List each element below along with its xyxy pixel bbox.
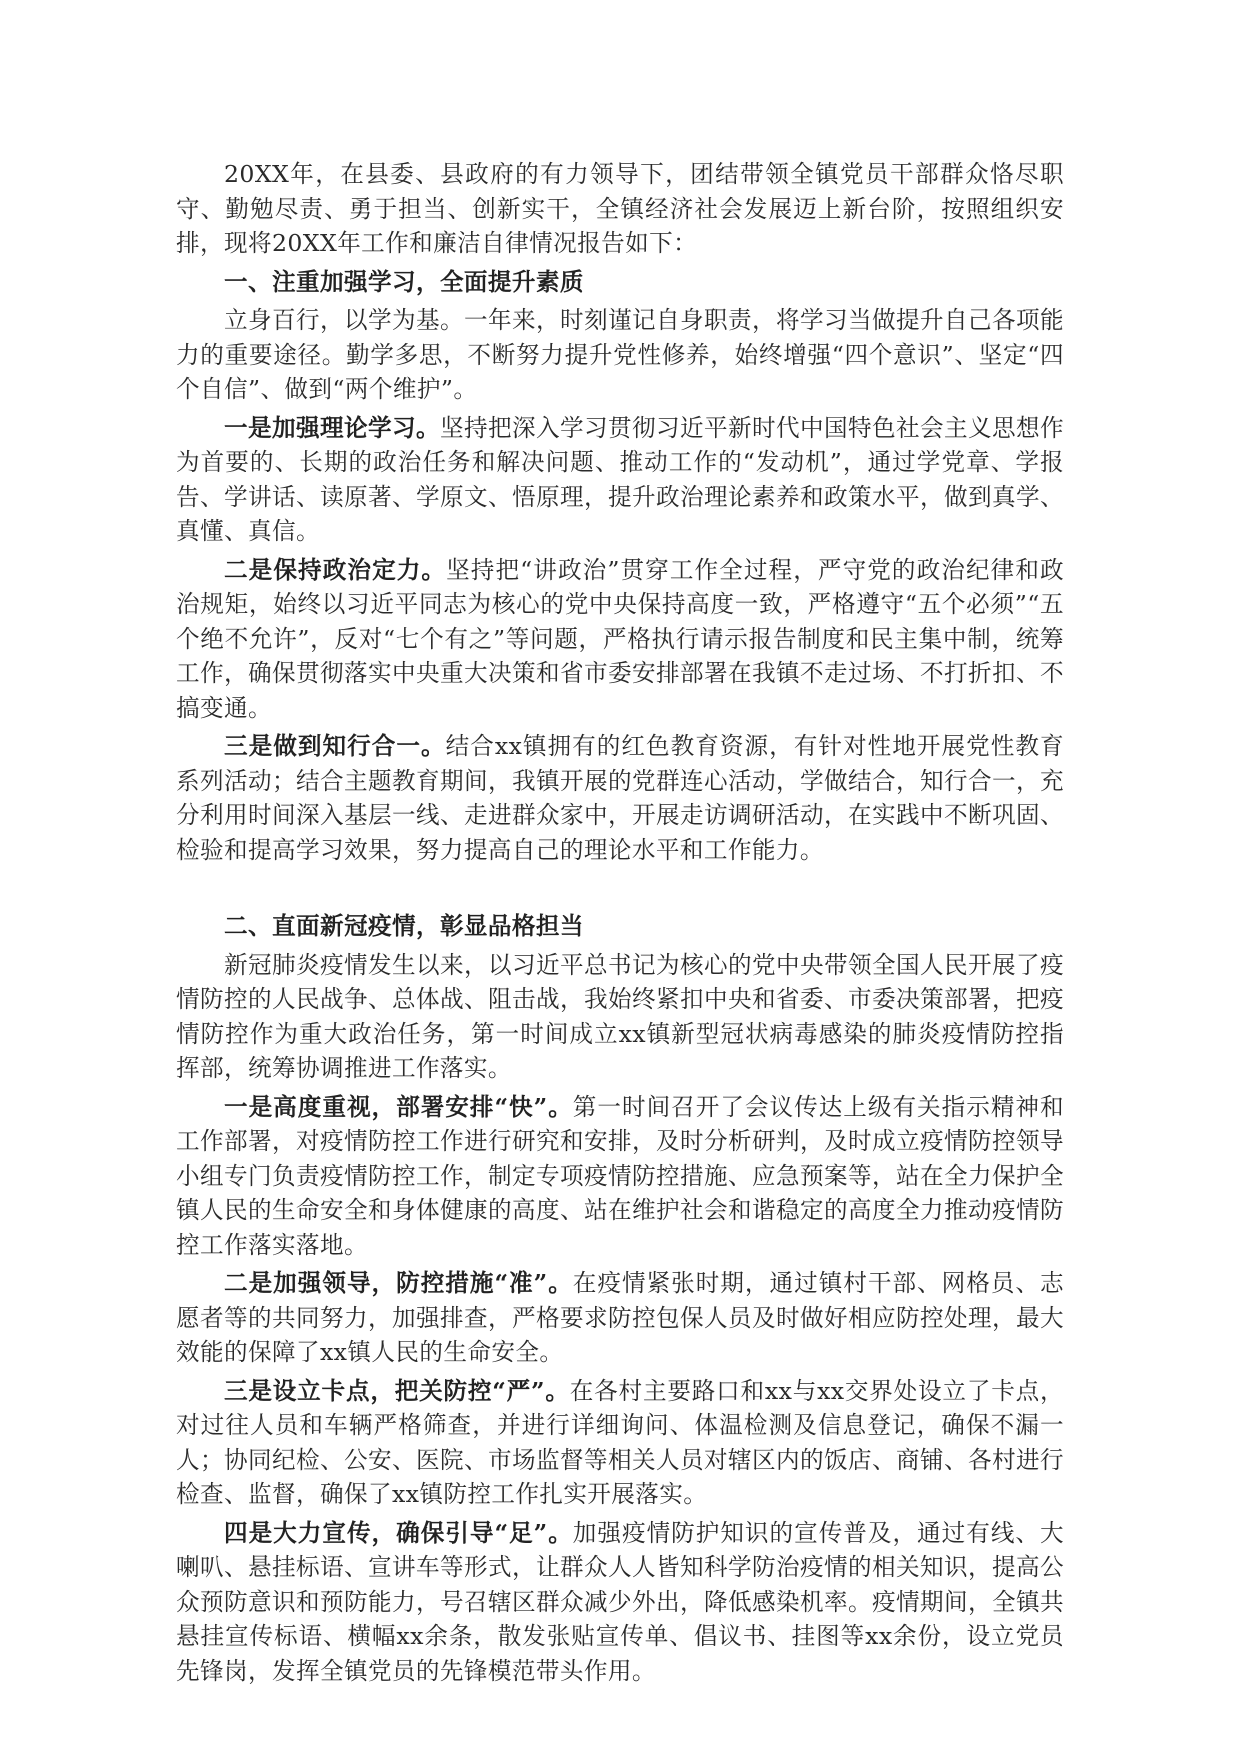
item-title: 四是大力宣传，确保引导“足”。 (224, 1519, 573, 1547)
item-title: 一是加强理论学习。 (224, 414, 440, 442)
item-title: 三是设立卡点，把关防控“严”。 (224, 1377, 570, 1405)
section-1-item-2: 二是保持政治定力。坚持把“讲政治”贯穿工作全过程，严守党的政治纪律和政治规矩，始… (176, 553, 1064, 726)
section-2-heading: 二、直面新冠疫情，彰显品格担当 (176, 909, 1064, 944)
document-page: 20XX年，在县委、县政府的有力领导下，团结带领全镇党员干部群众恪尽职守、勤勉尽… (176, 157, 1064, 1692)
item-title: 二是加强领导，防控措施“准”。 (224, 1269, 573, 1297)
section-1-item-3: 三是做到知行合一。结合xx镇拥有的红色教育资源，有针对性地开展党性教育系列活动；… (176, 729, 1064, 867)
section-1-heading: 一、注重加强学习，全面提升素质 (176, 265, 1064, 300)
section-2-item-2: 二是加强领导，防控措施“准”。在疫情紧张时期，通过镇村干部、网格员、志愿者等的共… (176, 1266, 1064, 1370)
section-spacer (176, 871, 1064, 909)
section-2-item-4: 四是大力宣传，确保引导“足”。加强疫情防护知识的宣传普及，通过有线、大喇叭、悬挂… (176, 1516, 1064, 1689)
item-title: 二是保持政治定力。 (224, 556, 446, 584)
item-title: 三是做到知行合一。 (224, 732, 446, 760)
section-2-lead: 新冠肺炎疫情发生以来，以习近平总书记为核心的党中央带领全国人民开展了疫情防控的人… (176, 948, 1064, 1086)
section-1-item-1: 一是加强理论学习。坚持把深入学习贯彻习近平新时代中国特色社会主义思想作为首要的、… (176, 411, 1064, 549)
intro-paragraph: 20XX年，在县委、县政府的有力领导下，团结带领全镇党员干部群众恪尽职守、勤勉尽… (176, 157, 1064, 261)
section-1-lead: 立身百行，以学为基。一年来，时刻谨记自身职责，将学习当做提升自己各项能力的重要途… (176, 303, 1064, 407)
section-2-item-3: 三是设立卡点，把关防控“严”。在各村主要路口和xx与xx交界处设立了卡点，对过往… (176, 1374, 1064, 1512)
section-2-item-1: 一是高度重视，部署安排“快”。第一时间召开了会议传达上级有关指示精神和工作部署，… (176, 1090, 1064, 1263)
item-title: 一是高度重视，部署安排“快”。 (224, 1093, 573, 1121)
